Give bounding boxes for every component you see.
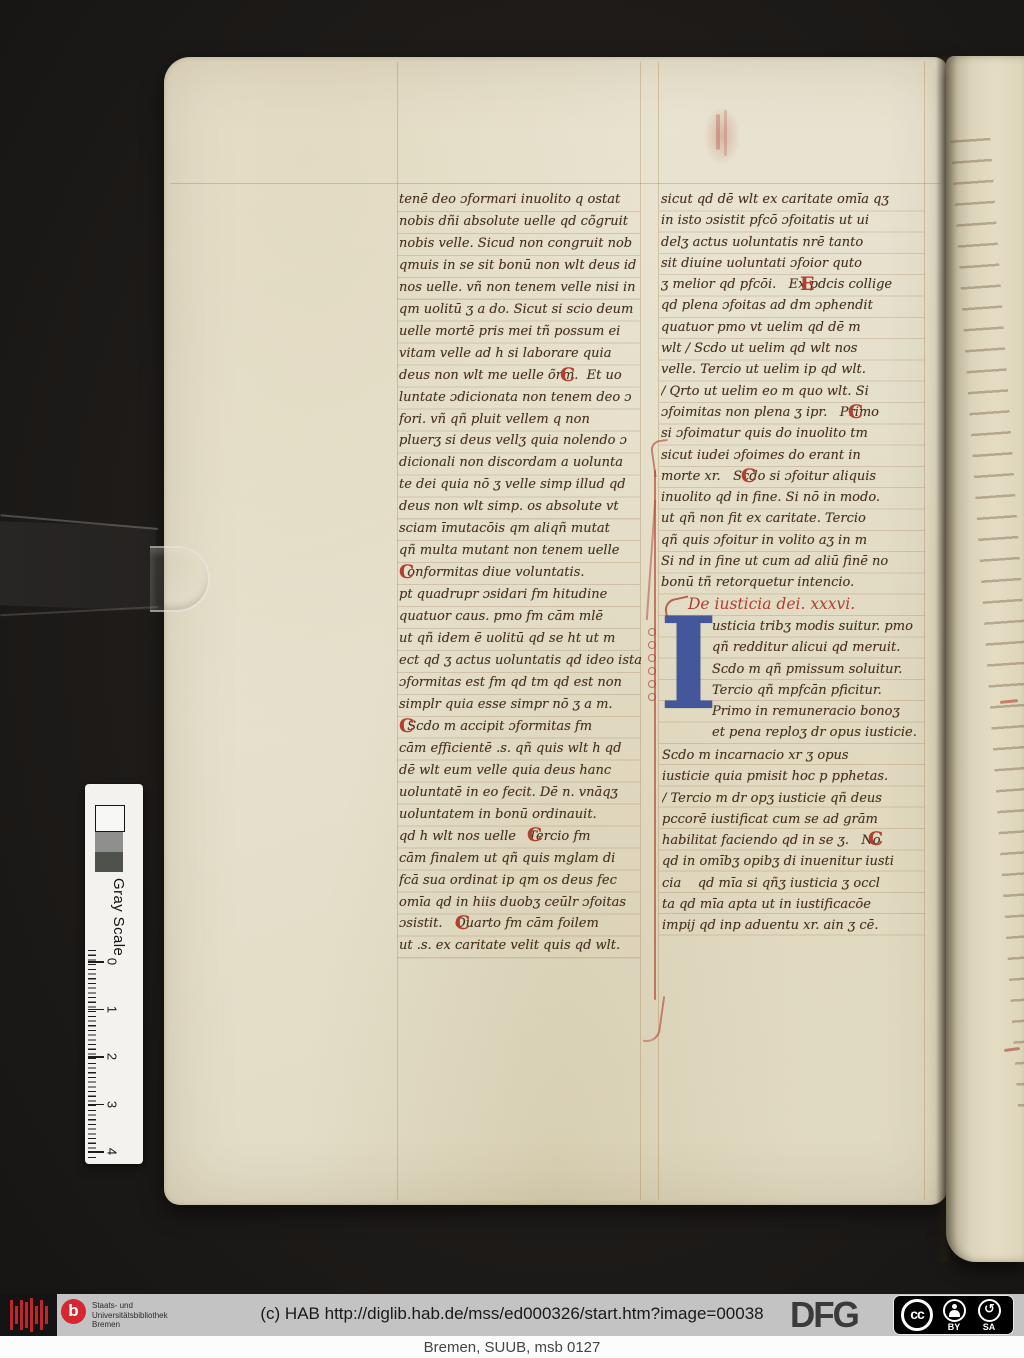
red-offset-stroke [716, 114, 720, 150]
ruler-label: 1 [105, 1003, 120, 1015]
ruler-minor-ticks [88, 950, 96, 1158]
capitulum-mark: C [399, 717, 414, 736]
penwork-flourish [654, 470, 656, 1000]
penwork-dot [648, 628, 656, 636]
paraph-mark: E [800, 275, 814, 294]
text-column-left: tenē deo ɔformari inuolito q ostat nobis… [399, 189, 644, 959]
ruler-label: 0 [105, 956, 120, 968]
red-offset-stroke [724, 110, 727, 156]
shelfmark-text: Bremen, SUUB, msb 0127 [0, 1339, 1024, 1356]
cc-by-person-icon [943, 1299, 966, 1322]
capitulum-mark: C [741, 467, 756, 486]
capitulum-mark: C [527, 826, 542, 845]
ruler-label: 2 [105, 1051, 120, 1063]
illuminated-initial-I: I [659, 601, 718, 727]
penwork-dot [648, 680, 656, 688]
ruler-label: 3 [105, 1098, 120, 1110]
dfg-logo: DFG [790, 1295, 858, 1337]
ruler-major-tick [88, 1009, 104, 1011]
penwork-dot [648, 667, 656, 675]
ruler-label: 4 [105, 1146, 120, 1158]
capitulum-mark: C [560, 366, 575, 385]
cc-by-label: BY [942, 1322, 966, 1332]
cc-sa-label: SA [977, 1322, 1001, 1332]
ruler-major-tick [88, 961, 104, 963]
ruler-patch-gray [95, 832, 123, 852]
penwork-dot [648, 641, 656, 649]
capitulum-mark: C [455, 914, 470, 933]
text-column-right-beside-initial: usticia tribʒ modis suitur. pmo qñ reddi… [712, 616, 928, 745]
plastic-clip-arm [0, 521, 156, 610]
cc-license-badge: cc ↺ BY SA [893, 1295, 1014, 1335]
cc-sa-arrow-icon: ↺ [978, 1299, 1001, 1322]
shelfmark-strip: Bremen, SUUB, msb 0127 [0, 1336, 1024, 1358]
ruler-patch-white [95, 805, 125, 832]
footer-bar: b Staats- und Universitätsbibliothek Bre… [0, 1294, 1024, 1336]
ruling-top-line [170, 183, 942, 184]
grayscale-ruler: Gray Scale 4 3 2 1 0 [85, 784, 143, 1164]
text-column-right-bottom: Scdo m incarnacio xr ʒ opus iusticie qui… [662, 745, 927, 938]
cc-icon: cc [901, 1299, 933, 1331]
ruler-major-tick [88, 1056, 104, 1058]
capitulum-mark: C [868, 830, 883, 849]
ruler-major-tick [88, 1104, 104, 1106]
penwork-dot [648, 654, 656, 662]
capitulum-mark: C [399, 563, 414, 582]
penwork-dot [648, 693, 656, 701]
ruler-patch-darkgray [95, 852, 123, 872]
capitulum-mark: C [848, 403, 863, 422]
person-body-icon [949, 1310, 960, 1317]
rubric-heading: De iusticia dei. xxxvi. [688, 594, 928, 616]
text-column-right-top: sicut qd dē wlt ex caritate omīa qʒ in i… [661, 189, 927, 595]
person-head-icon [952, 1304, 957, 1309]
red-offset-stain [703, 106, 741, 166]
share-alike-arrow-icon: ↺ [980, 1301, 999, 1320]
ruler-title: Gray Scale [110, 878, 127, 956]
ruler-major-tick [88, 1151, 104, 1153]
copyright-text: (c) HAB http://diglib.hab.de/mss/ed00032… [0, 1304, 1024, 1324]
